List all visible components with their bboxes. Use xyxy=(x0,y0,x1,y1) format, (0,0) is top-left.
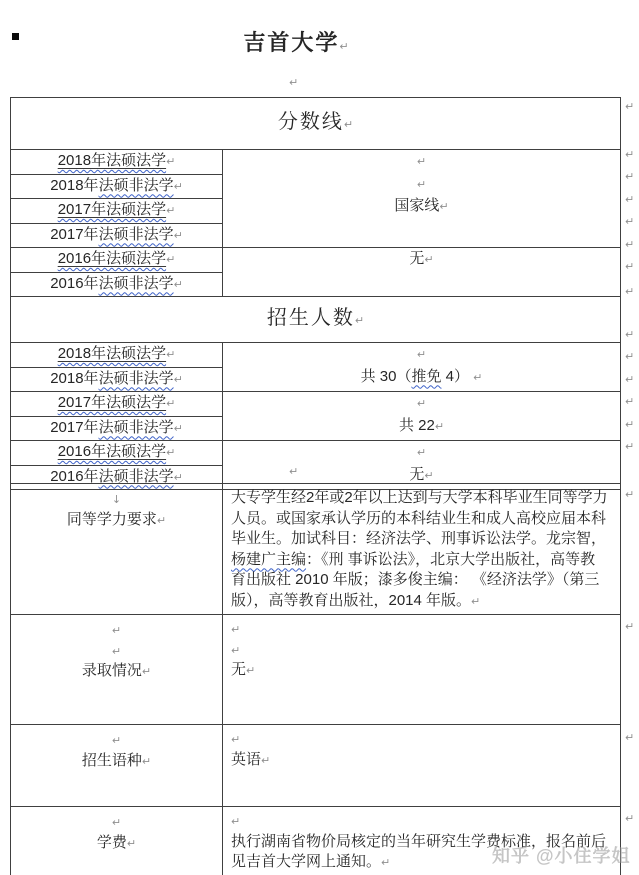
info-table-wrap: ↓ 同等学力要求↵ 大专学生经2年或2年以上达到与大学本科毕业生同等学力人员。或… xyxy=(10,483,639,875)
pilcrow-mark: ↵ xyxy=(112,734,121,747)
pilcrow-mark: ↵ xyxy=(112,624,121,637)
score-row-2017-nonlaw: 2017年法硕非法学↵ xyxy=(11,223,223,248)
score-row-2016-law: 2016年法硕法学↵ xyxy=(11,248,223,273)
enroll-section-header: 招生人数↵ xyxy=(11,297,621,343)
row-end-mark: ↵ xyxy=(625,731,639,744)
enroll-header-text: 招生人数 xyxy=(267,307,355,329)
row-end-mark: ↵ xyxy=(625,488,639,501)
info-value-admission: ↵ ↵ 无↵ xyxy=(223,615,621,725)
row-end-mark: ↵ xyxy=(625,350,639,363)
score-enroll-table: 分数线↵ 2018年法硕法学↵ ↵ ↵ 国家线↵ 2018年法硕非法学↵ 201… xyxy=(10,97,621,490)
score-value-2018-2017-cell: ↵ ↵ 国家线↵ xyxy=(223,150,621,248)
pilcrow-mark: ↵ xyxy=(174,471,183,484)
enroll-row-2017-law: 2017年法硕法学↵ xyxy=(11,392,223,417)
enroll-value-2018-cell: ↵ 共 30（推免 4） ↵ xyxy=(223,343,621,392)
pilcrow-mark: ↵ xyxy=(417,178,426,191)
pilcrow-mark: ↵ xyxy=(142,755,151,768)
score-value-text: 无 xyxy=(409,250,424,267)
enroll-row-2018-law: 2018年法硕法学↵ xyxy=(11,343,223,368)
pilcrow-mark: ↵ xyxy=(261,754,270,767)
pilcrow-mark: ↵ xyxy=(112,816,121,829)
pilcrow-mark: ↵ xyxy=(174,373,183,386)
enroll-value-2017-cell: ↵ 共 22↵ xyxy=(223,392,621,441)
pilcrow-mark: ↵ xyxy=(355,314,364,327)
pilcrow-mark: ↵ xyxy=(157,514,166,527)
pilcrow-mark: ↵ xyxy=(339,40,348,53)
pilcrow-mark: ↵ xyxy=(231,815,240,828)
row-end-mark: ↵ xyxy=(625,395,639,408)
score-row-2016-nonlaw: 2016年法硕非法学↵ xyxy=(11,272,223,297)
pilcrow-mark: ↵ xyxy=(471,595,480,608)
pilcrow-mark: ↵ xyxy=(174,229,183,242)
pilcrow-mark: ↵ xyxy=(344,118,353,131)
pilcrow-mark: ↵ xyxy=(435,420,444,433)
pilcrow-mark: ↵ xyxy=(473,371,482,384)
info-value-language: ↵ 英语↵ xyxy=(223,725,621,807)
score-enroll-table-wrap: 分数线↵ 2018年法硕法学↵ ↵ ↵ 国家线↵ 2018年法硕非法学↵ 201… xyxy=(10,97,639,490)
pilcrow-mark: ↵ xyxy=(174,422,183,435)
row-end-mark: ↵ xyxy=(625,238,639,251)
enroll-row-2018-nonlaw: 2018年法硕非法学↵ xyxy=(11,367,223,392)
pilcrow-mark: ↵ xyxy=(417,348,426,361)
pilcrow-mark: ↵ xyxy=(231,623,240,636)
row-end-mark: ↵ xyxy=(625,440,639,453)
page-title-text: 吉首大学 xyxy=(243,30,339,55)
line-break-mark: ↓ xyxy=(112,493,121,506)
pilcrow-mark: ↵ xyxy=(166,204,175,217)
pilcrow-mark: ↵ xyxy=(424,469,433,482)
enroll-row-2017-nonlaw: 2017年法硕非法学↵ xyxy=(11,416,223,441)
pilcrow-mark: ↵ xyxy=(166,155,175,168)
info-label-equivalency: ↓ 同等学力要求↵ xyxy=(11,484,223,615)
row-end-mark: ↵ xyxy=(625,812,639,825)
pilcrow-mark: ↵ xyxy=(439,200,448,213)
row-end-mark: ↵ xyxy=(625,620,639,633)
score-row-2018-nonlaw: 2018年法硕非法学↵ xyxy=(11,174,223,199)
pilcrow-mark: ↵ xyxy=(142,665,151,678)
row-end-mark: ↵ xyxy=(625,328,639,341)
year-link-2018-law[interactable]: 2018年法硕法学 xyxy=(58,345,166,362)
pilcrow-mark: ↵ xyxy=(424,253,433,266)
pilcrow-mark: ↵ xyxy=(417,446,426,459)
year-link-2018-law[interactable]: 2018年法硕法学 xyxy=(58,152,166,169)
pilcrow-mark: ↵ xyxy=(166,253,175,266)
info-value-equivalency: 大专学生经2年或2年以上达到与大学本科毕业生同等学力人员。或国家承认学历的本科结… xyxy=(223,484,621,615)
score-row-2017-law: 2017年法硕法学↵ xyxy=(11,199,223,224)
year-link-2016-law[interactable]: 2016年法硕法学 xyxy=(58,443,166,460)
year-link-2017-law[interactable]: 2017年法硕法学 xyxy=(58,201,166,218)
pilcrow-mark: ↵ xyxy=(289,465,298,478)
pilcrow-mark: ↵ xyxy=(231,733,240,746)
pilcrow-mark: ↵ xyxy=(381,856,390,869)
info-table: ↓ 同等学力要求↵ 大专学生经2年或2年以上达到与大学本科毕业生同等学力人员。或… xyxy=(10,483,621,875)
row-end-mark: ↵ xyxy=(625,285,639,298)
info-label-tuition: ↵ 学费↵ xyxy=(11,807,223,875)
pilcrow-mark: ↵ xyxy=(166,446,175,459)
year-link-2016-law[interactable]: 2016年法硕法学 xyxy=(58,250,166,267)
page-title: 吉首大学↵ xyxy=(0,26,592,57)
row-end-mark: ↵ xyxy=(625,100,639,113)
score-row-2018-law: 2018年法硕法学↵ xyxy=(11,150,223,175)
score-section-header: 分数线↵ xyxy=(11,98,621,150)
enroll-row-2016-law: 2016年法硕法学↵ xyxy=(11,441,223,466)
pilcrow-mark: ↵ xyxy=(166,397,175,410)
score-value-2016-cell: 无↵ xyxy=(223,248,621,297)
pilcrow-mark: ↵ xyxy=(174,180,183,193)
row-end-mark: ↵ xyxy=(625,170,639,183)
pilcrow-mark: ↵ xyxy=(166,348,175,361)
row-end-mark: ↵ xyxy=(625,373,639,386)
zhihu-watermark: 知乎 @小住学姐 xyxy=(492,842,631,868)
pilcrow-mark: ↵ xyxy=(174,278,183,291)
info-label-admission: ↵ ↵ 录取情况↵ xyxy=(11,615,223,725)
year-link-2017-law[interactable]: 2017年法硕法学 xyxy=(58,394,166,411)
pilcrow-mark: ↵ xyxy=(246,664,255,677)
score-header-text: 分数线 xyxy=(278,111,344,133)
row-end-mark: ↵ xyxy=(625,418,639,431)
row-end-mark: ↵ xyxy=(625,260,639,273)
score-value-text: 国家线 xyxy=(394,197,439,214)
row-end-mark: ↵ xyxy=(625,215,639,228)
info-label-language: ↵ 招生语种↵ xyxy=(11,725,223,807)
pilcrow-mark: ↵ xyxy=(417,155,426,168)
row-end-mark: ↵ xyxy=(625,193,639,206)
pilcrow-mark: ↵ xyxy=(127,837,136,850)
row-end-mark: ↵ xyxy=(625,148,639,161)
pilcrow-mark: ↵ xyxy=(231,644,240,657)
pilcrow-mark: ↵ xyxy=(112,645,121,658)
pilcrow-mark: ↵ xyxy=(289,76,298,89)
pilcrow-mark: ↵ xyxy=(417,397,426,410)
